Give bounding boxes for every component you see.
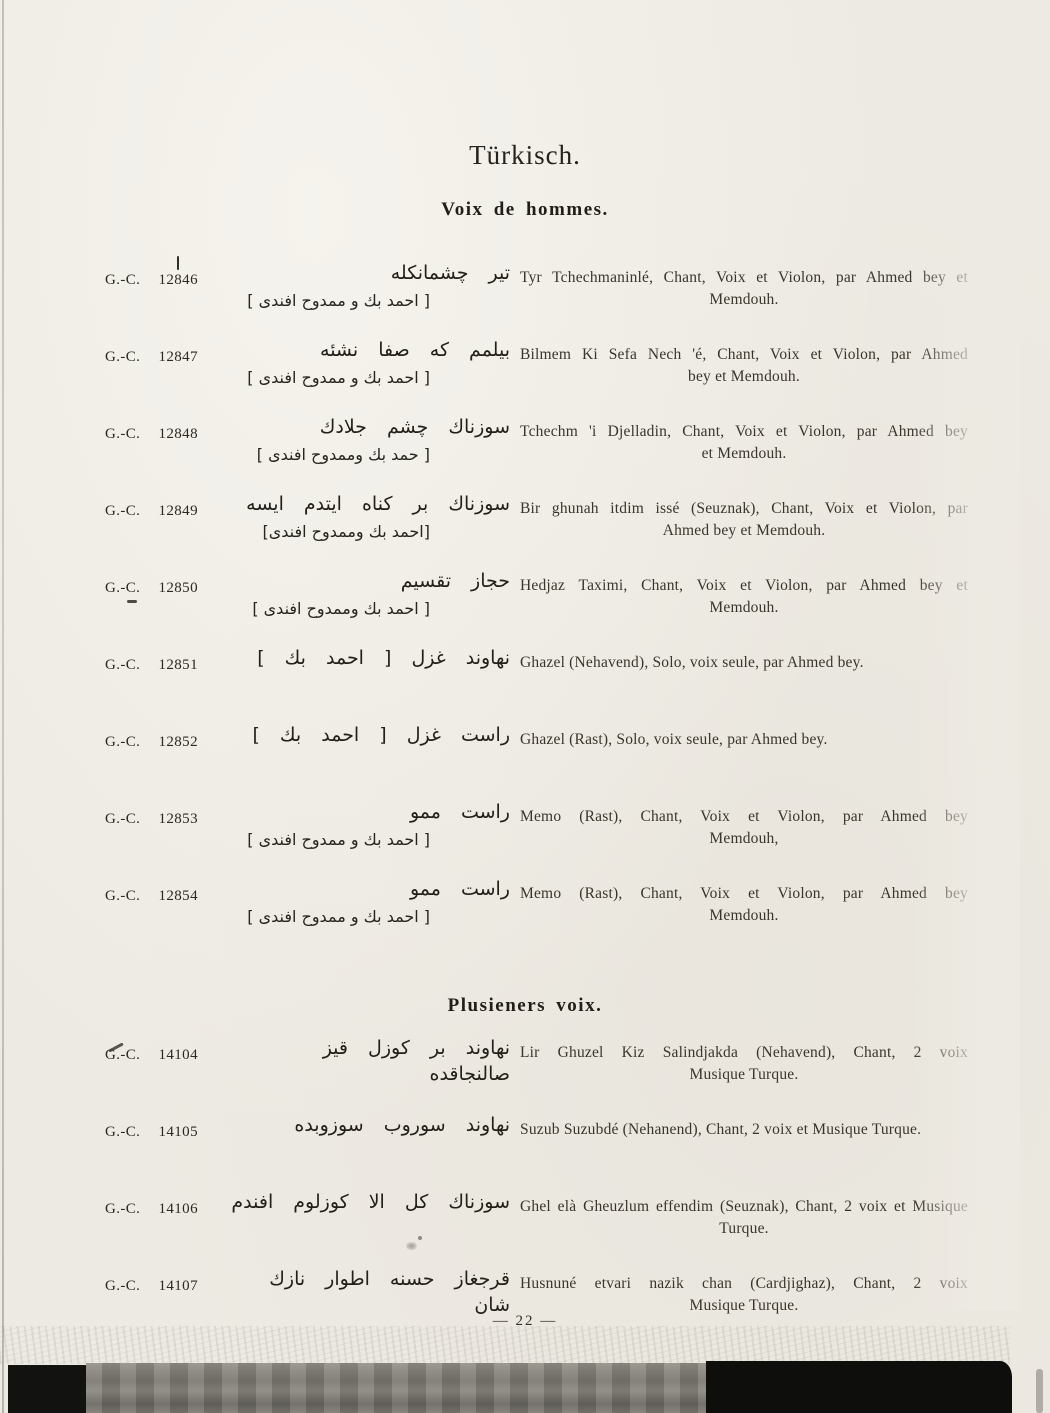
description-line1: Bir ghunah itdim issé (Seuznak), Chant, …	[520, 498, 968, 520]
catalog-entry: G.-C. 12848 سوزناك چشم جلادك [ حمد بك وم…	[0, 414, 1050, 491]
description-line1: Tchechm 'i Djelladin, Chant, Voix et Vio…	[520, 421, 968, 443]
scan-band-gray-center	[86, 1363, 706, 1413]
arabic-column: بيلمم كه صفا نشئه [ احمد بك و ممدوح افند…	[225, 337, 510, 390]
catalog-entry: G.-C. 12851 نهاوند غزل [ احمد بك ] Ghaze…	[0, 645, 1050, 722]
scan-band-black-right	[706, 1361, 1012, 1413]
page-title: Türkisch.	[0, 140, 1050, 171]
catalog-entry: G.-C. 12853 راست ممو [ احمد بك و ممدوح ا…	[0, 799, 1050, 876]
arabic-title: سوزناك چشم جلادك	[225, 414, 510, 440]
scan-band-right-edge	[1036, 1369, 1043, 1413]
description-line1: Hedjaz Taximi, Chant, Voix et Violon, pa…	[520, 575, 968, 597]
arabic-title: راست ممو	[225, 799, 510, 825]
arabic-column: تير چشمانكله [ احمد بك و ممدوح افندى ]	[225, 260, 510, 313]
catalog-number: G.-C. 12854	[105, 888, 198, 905]
catalog-number: G.-C. 14107	[105, 1278, 198, 1295]
arabic-credit: [ احمد بك وممدوح افندى ]	[225, 597, 510, 621]
description-line2: Musique Turque.	[520, 1064, 968, 1086]
scan-right-fade	[912, 250, 1020, 1310]
arabic-title: تير چشمانكله	[225, 260, 510, 286]
arabic-title: بيلمم كه صفا نشئه	[225, 337, 510, 363]
catalog-number: G.-C. 12853	[105, 811, 198, 828]
arabic-credit: [ احمد بك و ممدوح افندى ]	[225, 828, 510, 852]
catalog-number: G.-C. 12851	[105, 657, 198, 674]
description-line1: Ghazel (Nehavend), Solo, voix seule, par…	[520, 652, 968, 674]
catalog-entry: G.-C. 12849 سوزناك بر كناه ايتدم ايسه [ا…	[0, 491, 1050, 568]
description-line1: Memo (Rast), Chant, Voix et Violon, par …	[520, 806, 968, 828]
description-line2: Memdouh,	[520, 828, 968, 850]
description-line1: Lir Ghuzel Kiz Salindjakda (Nehavend), C…	[520, 1042, 968, 1064]
description-line2: Memdouh.	[520, 597, 968, 619]
arabic-credit: [ حمد بك وممدوح افندى ]	[225, 443, 510, 467]
description-line1: Tyr Tchechmaninlé, Chant, Voix et Violon…	[520, 267, 968, 289]
description-line2: Turque.	[520, 1218, 968, 1240]
catalog-entry: G.-C. 12850 حجاز تقسيم [ احمد بك وممدوح …	[0, 568, 1050, 645]
catalog-number: G.-C. 12850	[105, 580, 198, 597]
catalog-entry: G.-C. 12847 بيلمم كه صفا نشئه [ احمد بك …	[0, 337, 1050, 414]
description-line1: Bilmem Ki Sefa Nech 'é, Chant, Voix et V…	[520, 344, 968, 366]
arabic-column: نهاوند بر كوزل قيز صالنجاقده	[225, 1035, 510, 1090]
scanned-catalog-page: Türkisch. Voix de hommes. G.-C. 12846 تي…	[0, 0, 1050, 1413]
catalog-entry: G.-C. 12852 راست غزل [ احمد بك ] Ghazel …	[0, 722, 1050, 799]
catalog-number: G.-C. 12849	[105, 503, 198, 520]
catalog-number: G.-C. 12847	[105, 349, 198, 366]
ink-dash-artifact	[127, 600, 137, 603]
arabic-title: نهاوند بر كوزل قيز صالنجاقده	[225, 1035, 510, 1087]
arabic-column: سوزناك بر كناه ايتدم ايسه [احمد بك وممدو…	[225, 491, 510, 544]
description-column: Bir ghunah itdim issé (Seuznak), Chant, …	[520, 498, 968, 542]
arabic-column: راست غزل [ احمد بك ]	[225, 722, 510, 751]
entries-list-multi: G.-C. 14104 نهاوند بر كوزل قيز صالنجاقده…	[0, 1035, 1050, 1345]
section-heading-voix-de-hommes: Voix de hommes.	[0, 199, 1050, 221]
arabic-column: حجاز تقسيم [ احمد بك وممدوح افندى ]	[225, 568, 510, 621]
arabic-title: قرجغاز حسنه اطوار نازك شان	[225, 1266, 510, 1318]
ink-tick-artifact	[177, 256, 179, 270]
catalog-number: G.-C. 12852	[105, 734, 198, 751]
description-line2: bey et Memdouh.	[520, 366, 968, 388]
description-column: Husnuné etvari nazik chan (Cardjighaz), …	[520, 1273, 968, 1317]
description-line2: et Memdouh.	[520, 443, 968, 465]
description-column: Ghazel (Nehavend), Solo, voix seule, par…	[520, 652, 968, 674]
catalog-entry: G.-C. 12846 تير چشمانكله [ احمد بك و ممد…	[0, 260, 1050, 337]
arabic-column: راست ممو [ احمد بك و ممدوح افندى ]	[225, 799, 510, 852]
description-column: Bilmem Ki Sefa Nech 'é, Chant, Voix et V…	[520, 344, 968, 388]
catalog-number: G.-C. 14104	[105, 1047, 198, 1064]
scan-band-black-left	[8, 1365, 86, 1413]
ink-dot-artifact	[418, 1236, 422, 1240]
description-column: Tyr Tchechmaninlé, Chant, Voix et Violon…	[520, 267, 968, 311]
description-line1: Husnuné etvari nazik chan (Cardjighaz), …	[520, 1273, 968, 1295]
arabic-credit: [احمد بك وممدوح افندى]	[225, 520, 510, 544]
arabic-column: سوزناك چشم جلادك [ حمد بك وممدوح افندى ]	[225, 414, 510, 467]
description-line2: Memdouh.	[520, 289, 968, 311]
description-line2: Ahmed bey et Memdouh.	[520, 520, 968, 542]
description-column: Suzub Suzubdé (Nehanend), Chant, 2 voix …	[520, 1119, 968, 1141]
arabic-title: نهاوند سوروب سوزوبده	[225, 1112, 510, 1138]
ink-smudge-artifact	[406, 1242, 417, 1250]
scan-grime-strip	[0, 1326, 1010, 1364]
arabic-credit: [ احمد بك و ممدوح افندى ]	[225, 289, 510, 313]
arabic-column: نهاوند غزل [ احمد بك ]	[225, 645, 510, 674]
description-line2: Memdouh.	[520, 905, 968, 927]
section-heading-plusieners-voix: Plusieners voix.	[0, 995, 1050, 1017]
arabic-title: حجاز تقسيم	[225, 568, 510, 594]
arabic-column: سوزناك كل الا كوزلوم افندم	[225, 1189, 510, 1218]
catalog-entry: G.-C. 14104 نهاوند بر كوزل قيز صالنجاقده…	[0, 1035, 1050, 1112]
arabic-title: سوزناك بر كناه ايتدم ايسه	[225, 491, 510, 517]
catalog-entry: G.-C. 14105 نهاوند سوروب سوزوبده Suzub S…	[0, 1112, 1050, 1189]
scanner-bottom-band	[0, 1361, 1050, 1413]
arabic-credit: [ احمد بك و ممدوح افندى ]	[225, 905, 510, 929]
description-column: Ghazel (Rast), Solo, voix seule, par Ahm…	[520, 729, 968, 751]
description-line1: Ghazel (Rast), Solo, voix seule, par Ahm…	[520, 729, 968, 751]
arabic-title: راست غزل [ احمد بك ]	[225, 722, 510, 748]
catalog-number: G.-C. 14106	[105, 1201, 198, 1218]
description-column: Ghel elà Gheuzlum effendim (Seuznak), Ch…	[520, 1196, 968, 1240]
arabic-title: سوزناك كل الا كوزلوم افندم	[225, 1189, 510, 1215]
description-line1: Suzub Suzubdé (Nehanend), Chant, 2 voix …	[520, 1119, 968, 1141]
arabic-column: نهاوند سوروب سوزوبده	[225, 1112, 510, 1141]
catalog-number: G.-C. 12848	[105, 426, 198, 443]
description-column: Lir Ghuzel Kiz Salindjakda (Nehavend), C…	[520, 1042, 968, 1086]
catalog-number: G.-C. 14105	[105, 1124, 198, 1141]
catalog-entry: G.-C. 12854 راست ممو [ احمد بك و ممدوح ا…	[0, 876, 1050, 953]
description-column: Tchechm 'i Djelladin, Chant, Voix et Vio…	[520, 421, 968, 465]
arabic-title: راست ممو	[225, 876, 510, 902]
description-column: Memo (Rast), Chant, Voix et Violon, par …	[520, 883, 968, 927]
description-column: Memo (Rast), Chant, Voix et Violon, par …	[520, 806, 968, 850]
description-line1: Ghel elà Gheuzlum effendim (Seuznak), Ch…	[520, 1196, 968, 1218]
description-column: Hedjaz Taximi, Chant, Voix et Violon, pa…	[520, 575, 968, 619]
entries-list-men: G.-C. 12846 تير چشمانكله [ احمد بك و ممد…	[0, 260, 1050, 955]
catalog-number: G.-C. 12846	[105, 272, 198, 289]
arabic-credit: [ احمد بك و ممدوح افندى ]	[225, 366, 510, 390]
description-line1: Memo (Rast), Chant, Voix et Violon, par …	[520, 883, 968, 905]
arabic-title: نهاوند غزل [ احمد بك ]	[225, 645, 510, 671]
catalog-entry: G.-C. 14106 سوزناك كل الا كوزلوم افندم G…	[0, 1189, 1050, 1266]
arabic-column: راست ممو [ احمد بك و ممدوح افندى ]	[225, 876, 510, 929]
